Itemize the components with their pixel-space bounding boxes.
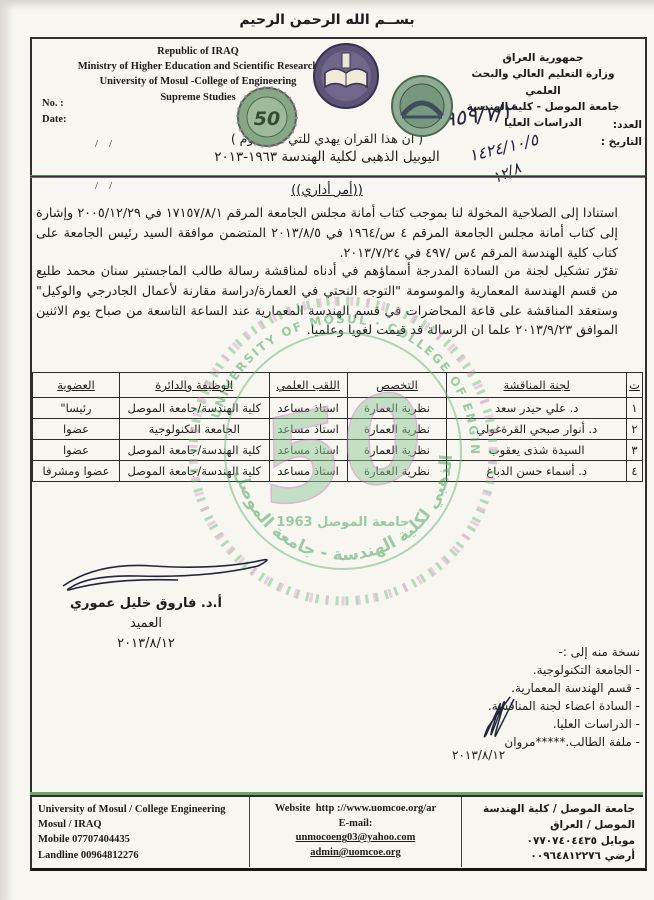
cell-specialty: نظرية العمارة [347,440,447,461]
table-row: ٢ د. أنوار صبحي القرةغولي نظرية العمارة … [33,419,643,440]
scanned-letter-page: بســم الله الرحمن الرحيم Republic of IRA… [0,0,654,900]
col-header-department: الوظيفة والدائرة [119,373,269,398]
footer-web-email: Website http ://www.uomcoe.org/ar E-mail… [250,797,462,867]
committee-table: ت لجنة المناقشة التخصص اللقب العلمي الوظ… [32,372,643,482]
footer-contact-bar: University of Mosul / College Engineerin… [30,795,643,867]
quran-verse: ( ان هذا القران يهدي للتي هي اقوم ) [0,131,654,146]
footer-en-line: Mosul / IRAQ [38,817,241,832]
letterhead-ar-line: وزارة التعليم العالي والبحث العلمي [452,66,634,99]
body-paragraph-2: تقرّر تشكيل لجنة من السادة المدرجة أسماؤ… [36,262,618,341]
footer-en-line: Mobile 07707404435 [38,832,241,847]
cell-title: استاذ مساعد [269,461,347,482]
cell-specialty: نظرية العمارة [347,419,447,440]
letterhead-en-line: Republic of IRAQ [42,44,354,59]
cell-name: د. علي حيدر سعد [447,398,627,419]
jubilee-line: اليوبيل الذهبى لكلية الهندسة ١٩٦٣-٢٠١٣ [0,149,654,165]
email-address: unmocoeng03@yahoo.com [258,831,453,846]
cell-department: الجامعة التكنولوجية [119,419,269,440]
cell-department: كلية الهندسة/جامعة الموصل [119,461,269,482]
cell-title: استاذ مساعد [269,440,347,461]
letterhead-en-line: Ministry of Higher Education and Scienti… [42,59,354,74]
bismillah-line: بســم الله الرحمن الرحيم [0,12,654,28]
col-header-title: اللقب العلمي [269,373,347,398]
cell-specialty: نظرية العمارة [347,398,447,419]
cell-title: استاذ مساعد [269,419,347,440]
col-header-committee: لجنة المناقشة [447,373,627,398]
letterhead-ar-line: جمهورية العراق [452,50,634,66]
footer-ar-line: الموصل / العراق [470,818,635,834]
dean-name: أ.د. فاروق خليل عموري [48,594,244,614]
table-row: ١ د. علي حيدر سعد نظرية العمارة استاذ مس… [33,398,643,419]
cell-membership: عضوا ومشرفا [33,461,120,482]
clerk-signature-scribble [452,693,522,745]
no-label: No. : [42,96,67,112]
cell-index: ١ [627,398,643,419]
cell-department: كلية الهندسة/جامعة الموصل [119,440,269,461]
dean-signature-scribble [58,552,278,598]
university-of-mosul-logo-icon [312,42,380,114]
order-title: ((أمر أداري)) [0,183,654,198]
col-header-index: ت [627,373,643,398]
footer-english: University of Mosul / College Engineerin… [30,797,250,867]
jubilee-50-number: 50 [254,108,280,130]
college-of-engineering-emblem-icon [390,74,454,142]
footer-ar-line: جامعة الموصل / كلية الهندسة [470,802,635,818]
date-label: Date: [42,112,67,128]
cell-title: استاذ مساعد [269,398,347,419]
footer-ar-line: موبايل ٠٧٧٠٧٤٠٤٤٣٥ [470,834,635,850]
cell-name: د. أنوار صبحي القرةغولي [447,419,627,440]
cell-department: كلية الهندسة/جامعة الموصل [119,398,269,419]
table-row: ٤ د. أسماء حسن الدباغ نظرية العمارة استا… [33,461,643,482]
website-label: Website [275,803,311,814]
no-date-block: No. : Date: [42,96,67,128]
email-address: admin@uomcoe.org [258,846,453,861]
col-header-membership: العضوية [33,373,120,398]
cell-index: ٣ [627,440,643,461]
table-header-row: ت لجنة المناقشة التخصص اللقب العلمي الوظ… [33,373,643,398]
signature-block: أ.د. فاروق خليل عموري العميد ٢٠١٣/٨/١٢ [48,594,244,654]
letterhead-en-line: University of Mosul -College of Engineer… [42,74,354,89]
cell-membership: عضوا [33,419,120,440]
copy-to-title: نسخة منه إلى :- [400,643,640,661]
cell-membership: رئيسا" [33,398,120,419]
letterhead-en-line: Supreme Studies [42,90,354,105]
letterhead-english: Republic of IRAQ Ministry of Higher Educ… [42,44,354,105]
col-header-specialty: التخصص [347,373,447,398]
cell-membership: عضوا [33,440,120,461]
dean-title: العميد [48,614,244,634]
website-url: http ://www.uomcoe.org/ar [316,803,436,814]
footer-en-line: University of Mosul / College Engineerin… [38,802,241,817]
cell-index: ٢ [627,419,643,440]
header-separator-line [30,175,645,178]
cell-index: ٤ [627,461,643,482]
table-row: ٣ السيدة شذى يعقوب نظرية العمارة استاذ م… [33,440,643,461]
footer-en-line: Landline 00964812276 [38,848,241,863]
body-paragraph-1: استنادا إلى الصلاحية المخولة لنا بموجب ك… [36,204,618,263]
cell-name: السيدة شذى يعقوب [447,440,627,461]
cell-specialty: نظرية العمارة [347,461,447,482]
copy-to-date: ٢٠١٣/٨/١٢ [452,748,505,762]
footer-ar-line: أرضي ٠٠٩٦٤٨١٢٢٧٦ [470,849,635,865]
footer-arabic: جامعة الموصل / كلية الهندسة الموصل / الع… [462,797,643,867]
cell-name: د. أسماء حسن الدباغ [447,461,627,482]
signature-date: ٢٠١٣/٨/١٢ [48,634,244,654]
golden-jubilee-50-emblem-icon: 50 [236,86,298,152]
email-label: E-mail: [258,817,453,832]
copy-to-item: - الجامعة التكنولوجية. [400,661,640,679]
